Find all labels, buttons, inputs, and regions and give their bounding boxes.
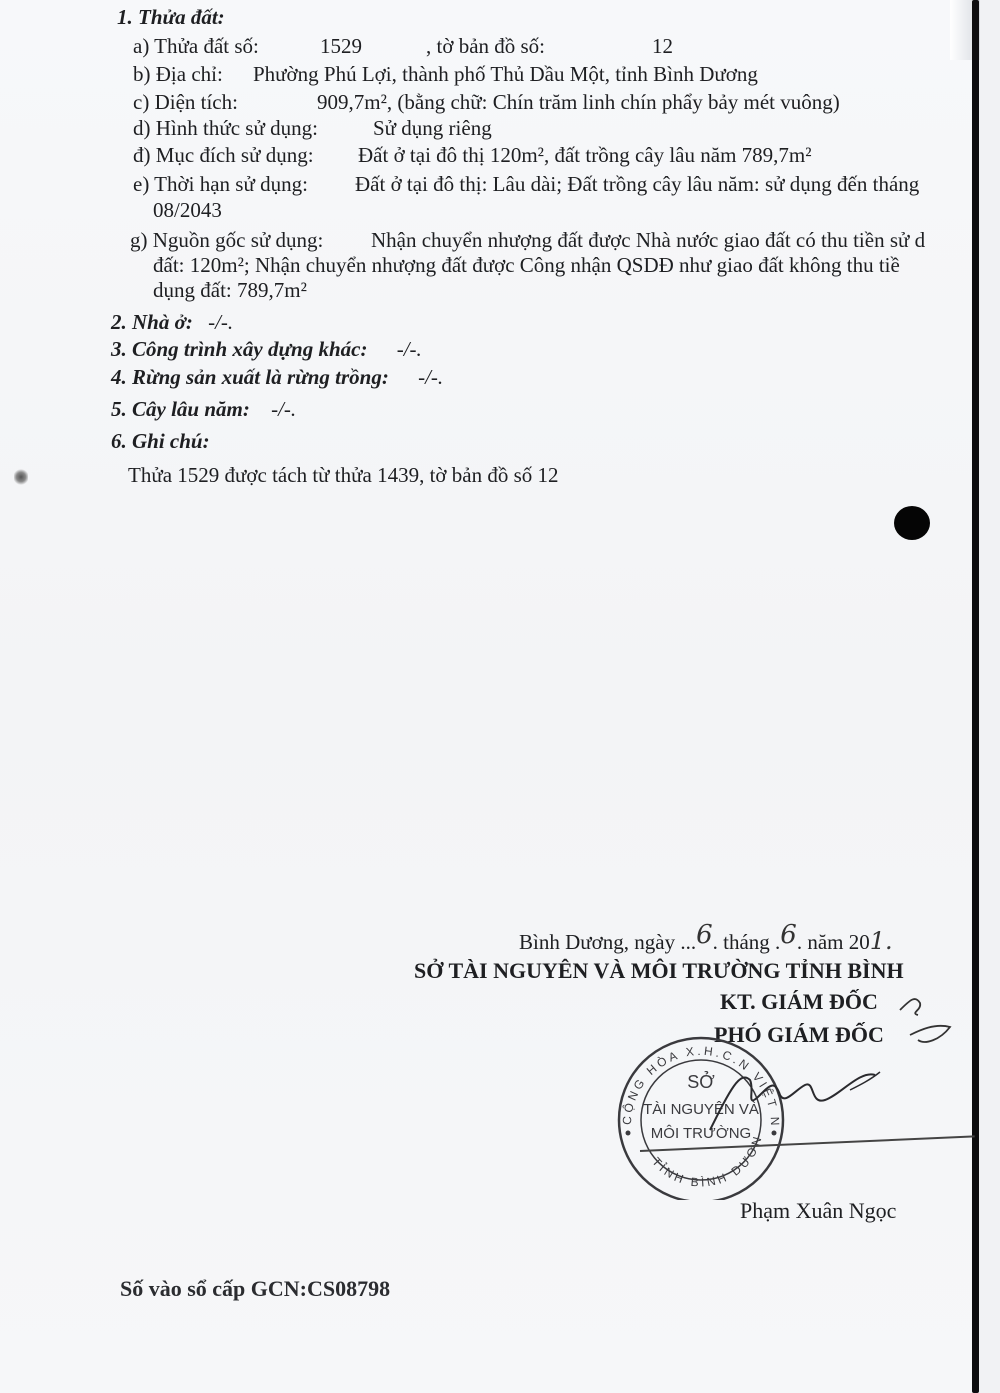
certificate-page [0, 0, 978, 1393]
perennial-trees-value: -/-. [271, 397, 296, 421]
section-heading-other-construction: 3. Công trình xây dựng khác: -/-. [111, 336, 422, 362]
usage-term-value-cont: 08/2043 [153, 197, 222, 223]
house-heading: 2. Nhà ở: [111, 310, 193, 334]
section-heading-house: 2. Nhà ở: -/-. [111, 309, 233, 335]
section-heading-land-plot: 1. Thửa đất: [117, 4, 225, 30]
map-sheet-label: , tờ bản đồ số: [426, 33, 545, 59]
address-label: b) Địa chỉ: [133, 61, 223, 87]
date-month: 6 [780, 920, 797, 950]
address-value: Phường Phú Lợi, thành phố Thủ Dầu Một, t… [253, 61, 758, 87]
usage-form-value: Sử dụng riêng [373, 115, 492, 141]
page-edge-background [978, 0, 1000, 1393]
production-forest-heading: 4. Rừng sản xuất là rừng trồng: [111, 365, 389, 389]
usage-purpose-value: Đất ở tại đô thị 120m², đất trồng cây lâ… [358, 142, 812, 168]
origin-value-cont2: dụng đất: 789,7m² [153, 277, 307, 303]
date-day: 6 [696, 920, 713, 950]
month-label: tháng [723, 930, 770, 954]
section-heading-perennial-trees: 5. Cây lâu năm: -/-. [111, 396, 296, 422]
year-label: năm 20 [807, 930, 869, 954]
date-prefix: Bình Dương, ngày [519, 930, 675, 954]
map-sheet-value: 12 [652, 33, 673, 59]
issue-date: Bình Dương, ngày ...6. tháng .6. năm 201… [519, 928, 893, 955]
other-construction-heading: 3. Công trình xây dựng khác: [111, 337, 367, 361]
origin-label: g) Nguồn gốc sử dụng: [130, 227, 323, 253]
plot-number-label: a) Thửa đất số: [133, 33, 259, 59]
usage-term-value: Đất ở tại đô thị: Lâu dài; Đất trồng cây… [355, 171, 919, 197]
usage-form-label: d) Hình thức sử dụng: [133, 115, 318, 141]
registry-value: CS08798 [307, 1276, 390, 1301]
perennial-trees-heading: 5. Cây lâu năm: [111, 397, 250, 421]
initial-marks-icon [880, 985, 960, 1055]
other-construction-value: -/-. [397, 337, 422, 361]
origin-value-cont: đất: 120m²; Nhận chuyển nhượng đất được … [153, 252, 900, 278]
ink-blot [894, 506, 930, 540]
date-year-suffix: 1. [870, 927, 893, 955]
page-edge-shadow [972, 0, 979, 1393]
signer-name: Phạm Xuân Ngọc [740, 1198, 896, 1224]
production-forest-value: -/-. [418, 365, 443, 389]
issuing-agency: SỞ TÀI NGUYÊN VÀ MÔI TRƯỜNG TỈNH BÌNH [414, 958, 904, 984]
area-label: c) Diện tích: [133, 89, 238, 115]
origin-value: Nhận chuyển nhượng đất được Nhà nước gia… [371, 227, 925, 253]
plot-number-value: 1529 [320, 33, 362, 59]
section-heading-production-forest: 4. Rừng sản xuất là rừng trồng: -/-. [111, 364, 443, 390]
usage-term-label: e) Thời hạn sử dụng: [133, 171, 308, 197]
registry-label: Số vào sổ cấp GCN: [120, 1276, 307, 1301]
area-value: 909,7m², (bằng chữ: Chín trăm linh chín … [317, 89, 840, 115]
handwritten-signature-icon [700, 1050, 900, 1140]
usage-purpose-label: đ) Mục đích sử dụng: [133, 142, 314, 168]
certificate-registry-number: Số vào sổ cấp GCN:CS08798 [120, 1276, 390, 1302]
ink-speck [14, 468, 28, 486]
section-heading-notes: 6. Ghi chú: [111, 428, 210, 454]
house-value: -/-. [208, 310, 233, 334]
signer-role-primary: KT. GIÁM ĐỐC [720, 989, 878, 1015]
notes-text: Thửa 1529 được tách từ thửa 1439, tờ bản… [128, 462, 559, 488]
